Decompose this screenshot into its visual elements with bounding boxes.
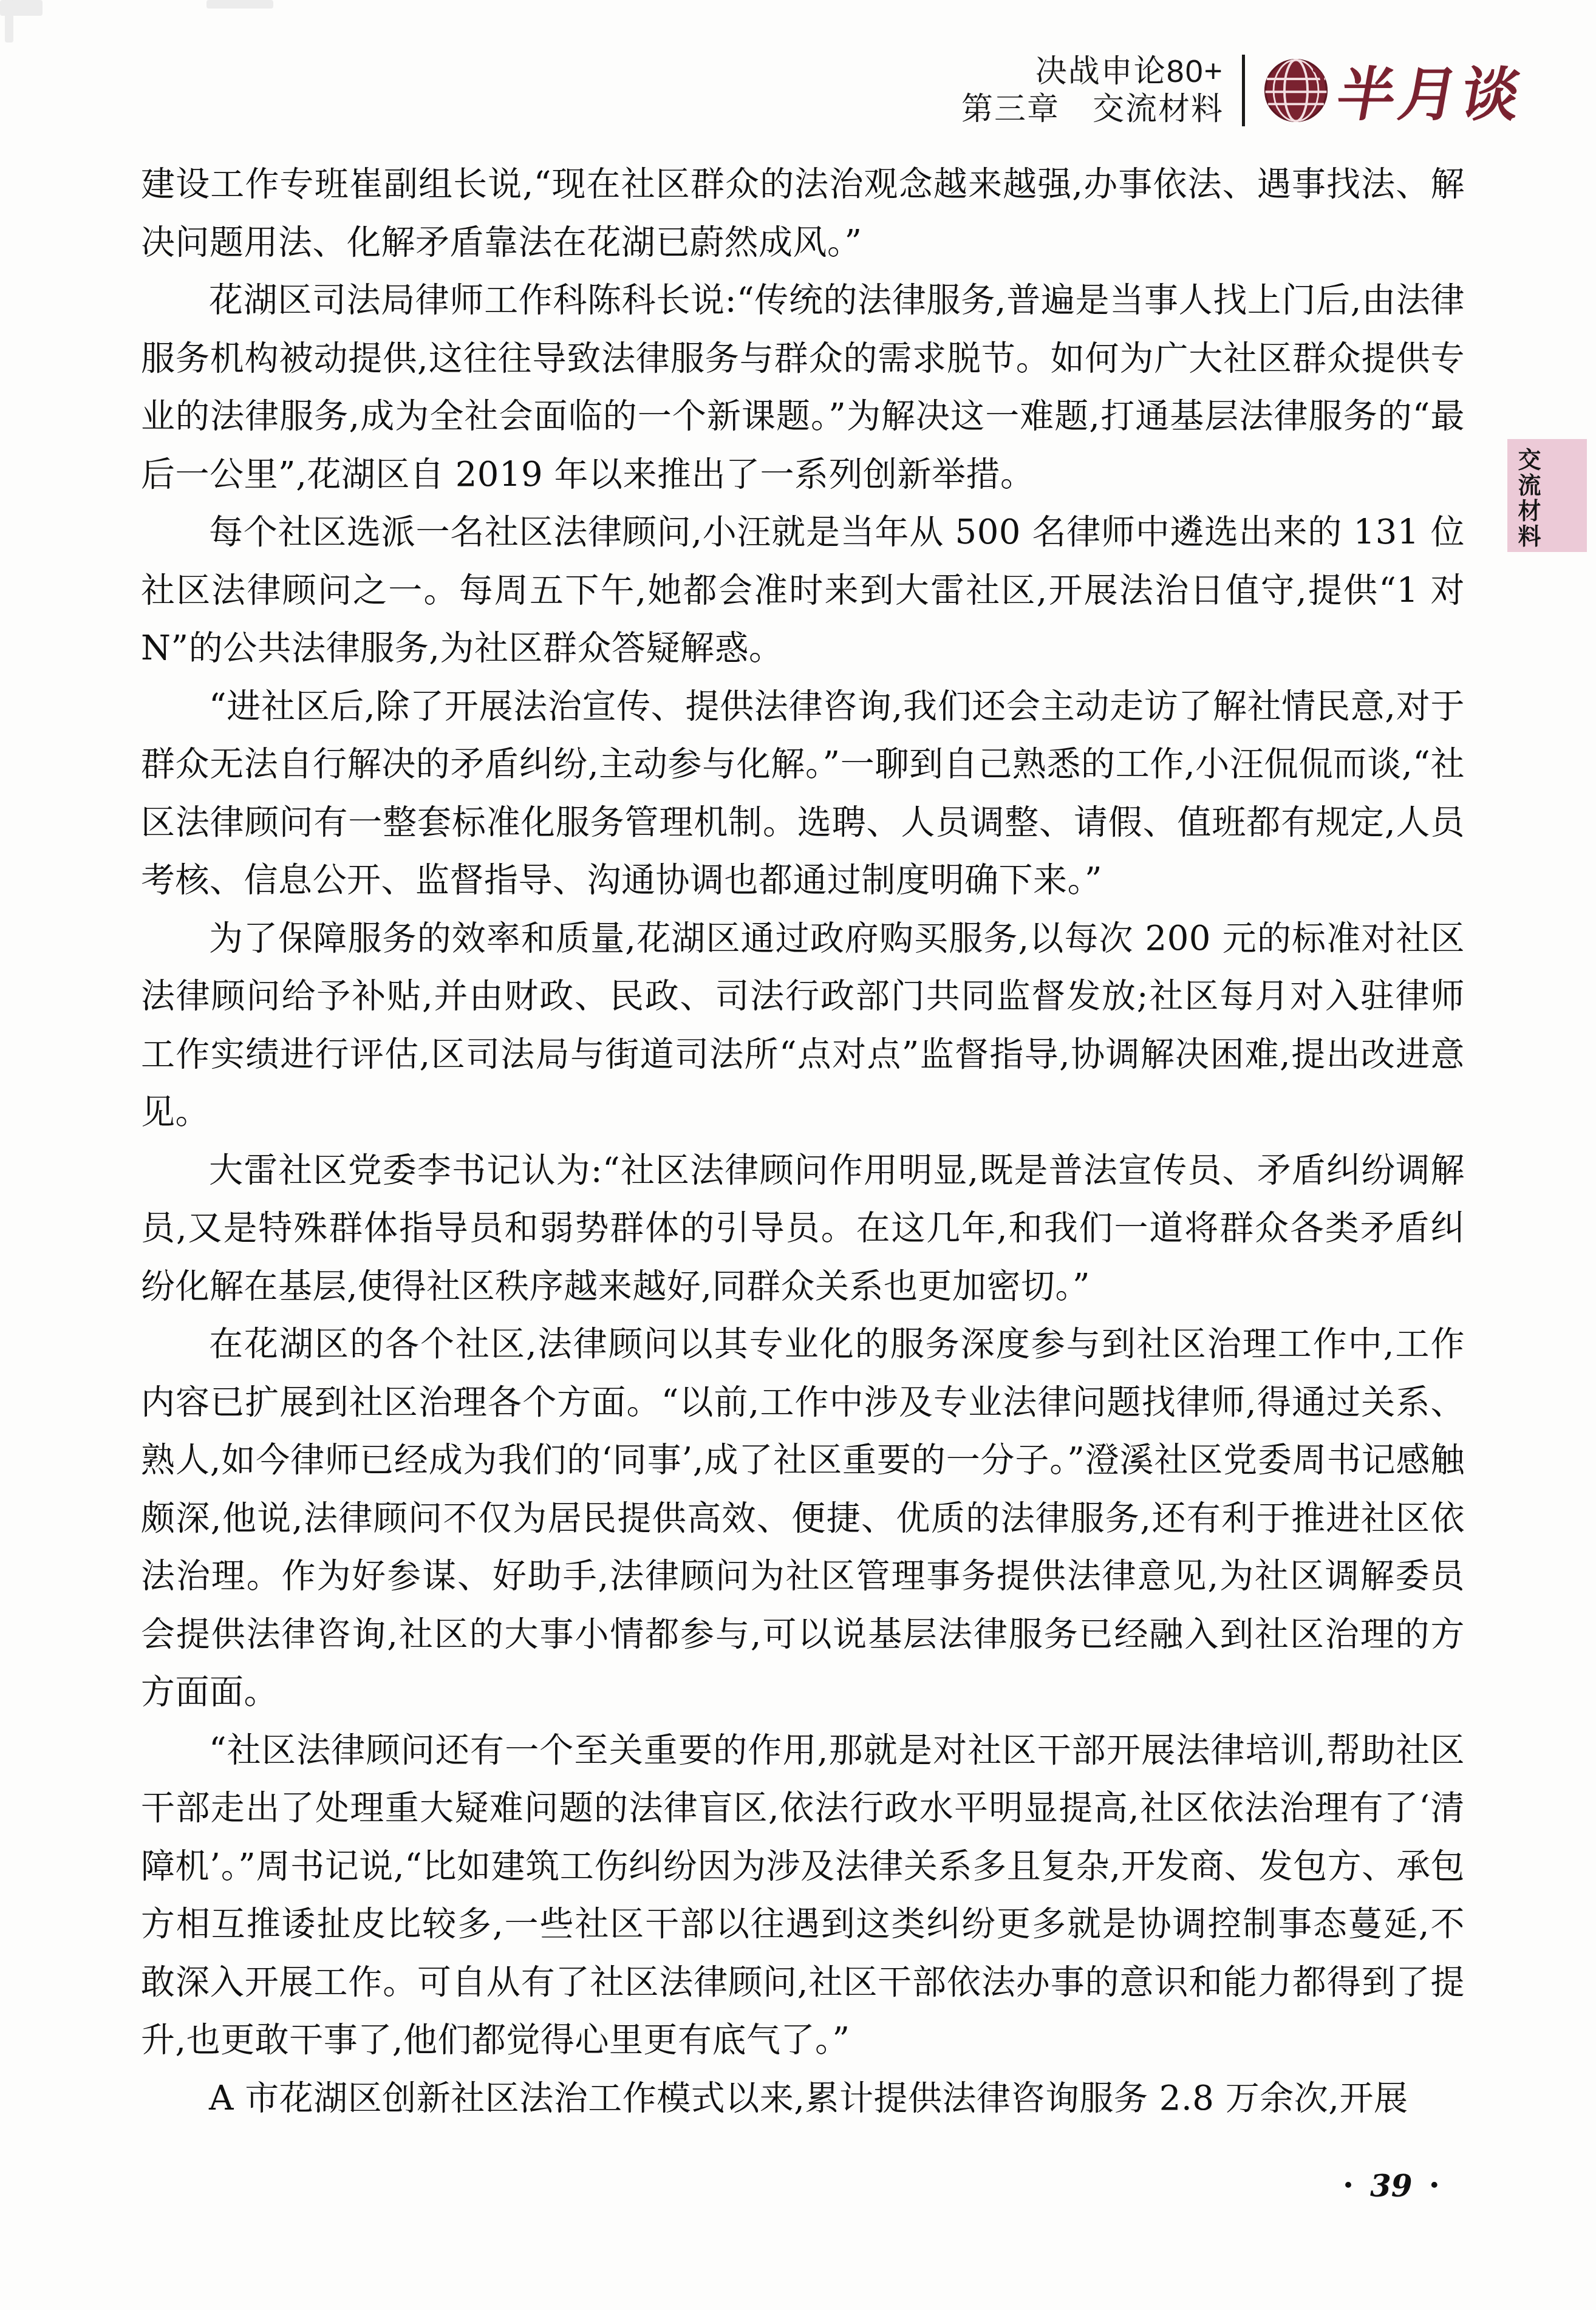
chapter-title: 第三章 交流材料 <box>961 90 1224 128</box>
header-divider <box>1242 55 1245 126</box>
brand-logo: 半月谈 <box>1262 49 1524 132</box>
globe-icon <box>1262 56 1330 124</box>
side-tab-communication-materials: 交流材料 <box>1507 439 1587 552</box>
paragraph: 建设工作专班崔副组长说,“现在社区群众的法治观念越来越强,办事依法、遇事找法、解… <box>141 155 1465 271</box>
brand-name: 半月谈 <box>1331 49 1532 132</box>
page-number: 39 <box>1370 2171 1413 2201</box>
page-footer: • 39 • <box>1342 2171 1441 2201</box>
paragraph: “进社区后,除了开展法治宣传、提供法律咨询,我们还会主动走访了解社情民意,对于群… <box>141 678 1465 910</box>
footer-dot-left: • <box>1342 2176 1354 2196</box>
paragraph: 每个社区选派一名社区法律顾问,小汪就是当年从 500 名律师中遴选出来的 131… <box>141 503 1465 678</box>
paragraph: 大雷社区党委李书记认为:“社区法律顾问作用明显,既是普法宣传员、矛盾纠纷调解员,… <box>141 1142 1465 1316</box>
header-titles: 决战申论80+ 第三章 交流材料 <box>961 53 1224 128</box>
paragraph: 在花湖区的各个社区,法律顾问以其专业化的服务深度参与到社区治理工作中,工作内容已… <box>141 1315 1465 1722</box>
document-body: 建设工作专班崔副组长说,“现在社区群众的法治观念越来越强,办事依法、遇事找法、解… <box>141 155 1465 2127</box>
paragraph: 花湖区司法局律师工作科陈科长说:“传统的法律服务,普遍是当事人找上门后,由法律服… <box>141 271 1465 503</box>
scan-artifact <box>206 0 273 9</box>
scan-artifact <box>5 0 13 43</box>
page-header: 决战申论80+ 第三章 交流材料 半月谈 <box>961 49 1524 132</box>
document-page: 决战申论80+ 第三章 交流材料 半月谈 交流材料 建设工作专班崔副组长说 <box>0 0 1596 2310</box>
series-title: 决战申论80+ <box>961 53 1224 90</box>
footer-dot-right: • <box>1428 2176 1441 2196</box>
paragraph: 为了保障服务的效率和质量,花湖区通过政府购买服务,以每次 200 元的标准对社区… <box>141 910 1465 1142</box>
paragraph: A 市花湖区创新社区法治工作模式以来,累计提供法律咨询服务 2.8 万余次,开展 <box>141 2070 1465 2128</box>
side-tab-label: 交流材料 <box>1513 448 1540 550</box>
paragraph: “社区法律顾问还有一个至关重要的作用,那就是对社区干部开展法律培训,帮助社区干部… <box>141 1722 1465 2070</box>
